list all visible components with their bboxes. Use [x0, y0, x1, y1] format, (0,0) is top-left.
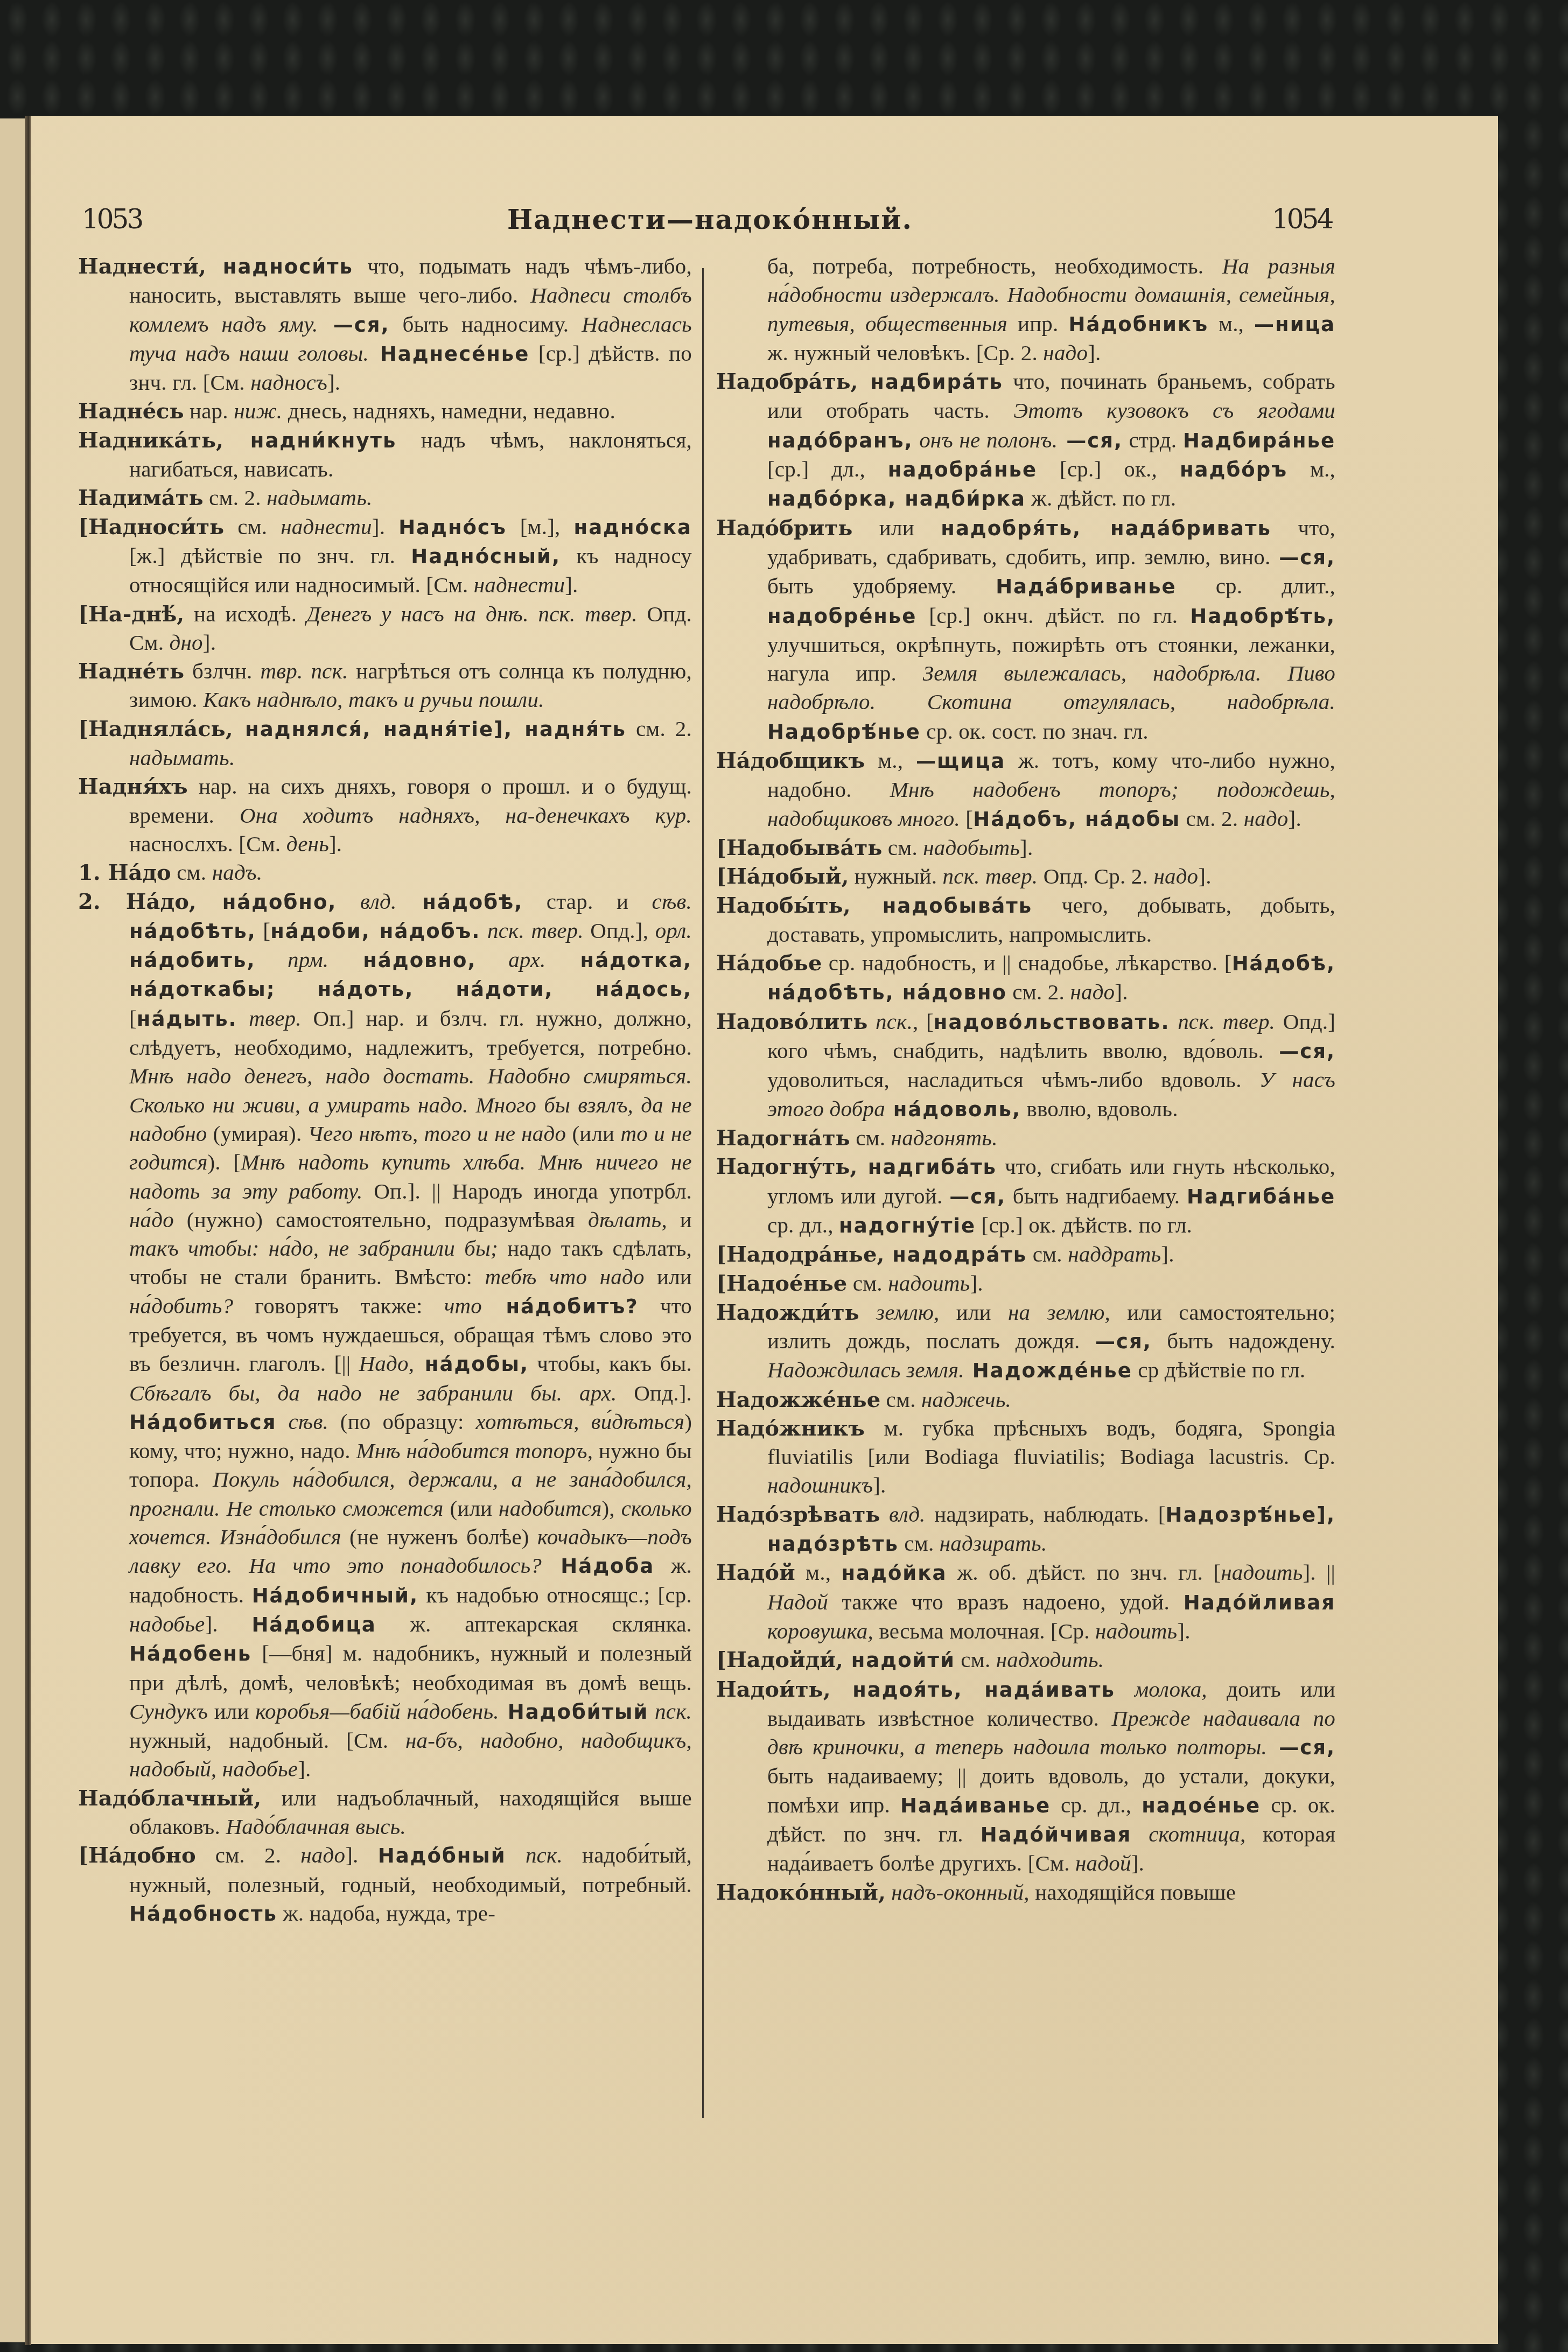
italic-text: надо [1043, 340, 1088, 365]
dictionary-entry-nadoblachny: Надо́блачный, или надъоблачный, находящі… [78, 1784, 692, 1842]
entry-text: на исходѣ. [184, 601, 306, 626]
entry-text: ]. [372, 514, 398, 539]
entry-text [880, 1502, 889, 1527]
derived-form: надни́кнуть [223, 429, 396, 452]
dictionary-entry-nadobye: На́добье ср. надобность, и || снадобье, … [716, 949, 1335, 1007]
italic-text: надобье [129, 1612, 205, 1636]
derived-form: на́добы, [414, 1353, 529, 1376]
headword: 2. На́до, [78, 889, 197, 914]
italic-text: надзирать. [940, 1531, 1047, 1556]
derived-form: —ся, [1279, 546, 1335, 569]
entry-text [337, 889, 360, 914]
entry-text: нар. [184, 398, 234, 423]
italic-text: надой [1075, 1851, 1131, 1875]
derived-form: Надо́бный [378, 1844, 506, 1867]
dictionary-entry-nadobshchik: На́добщикъ м., —щица ж. тотъ, кому что-л… [716, 746, 1335, 834]
derived-form: надно́ска [574, 516, 692, 539]
italic-text: кур. [655, 803, 692, 828]
derived-form: надобре́нье [767, 605, 916, 628]
entry-text: см. [1027, 1242, 1068, 1266]
italic-text: надо [1153, 864, 1198, 888]
italic-text: надошникъ [767, 1473, 873, 1497]
derived-form: надо́бранъ, [767, 429, 913, 452]
derived-form: На́добъ, на́добы [973, 808, 1180, 831]
entry-text: ]. [1020, 835, 1033, 860]
italic-text: пск. твер. [538, 601, 637, 626]
italic-text: день [286, 831, 329, 856]
entry-text: ]. [329, 831, 342, 856]
entry-text [1115, 1677, 1135, 1702]
derived-form: надбо́ръ [1180, 458, 1287, 481]
derived-form: на́добѣ, [396, 891, 523, 914]
book-edge [25, 116, 31, 2345]
italic-text: надоить [888, 1271, 970, 1296]
derived-form: На́добникъ [1068, 313, 1208, 336]
entry-text: ). [ [207, 1150, 241, 1174]
derived-form: —ся, [1095, 1330, 1152, 1353]
dictionary-entry-nadoit: Надои́ть, надоя́ть, нада́ивать молока, д… [716, 1675, 1335, 1878]
derived-form: надогну́тіе [839, 1214, 976, 1237]
entry-text [913, 428, 920, 452]
italic-text: что [444, 1293, 482, 1318]
entry-text [277, 1409, 289, 1434]
derived-form: на́добѣть, [129, 920, 256, 943]
italic-text: надносъ [250, 370, 327, 395]
derived-form: надойти́ [843, 1649, 955, 1672]
entry-text: см. [955, 1647, 996, 1672]
entry-text: (нужно) самостоятельно, подразумѣвая [174, 1207, 588, 1232]
derived-form: надо́йка [842, 1562, 947, 1585]
entry-text: Опд.]. [617, 1381, 692, 1405]
entry-text: м., [795, 1560, 842, 1585]
derived-form: Надо́йчивая [981, 1823, 1132, 1846]
entry-text: или [645, 1264, 692, 1289]
italic-text: надъ. [212, 860, 263, 885]
entry-text: ср. дл., [1051, 1793, 1142, 1817]
derived-form: надноси́ть [206, 255, 353, 278]
derived-form: Надобрѣ́ть, [1190, 605, 1335, 628]
entry-text: ж. об. дѣйст. по знч. гл. [ [947, 1560, 1221, 1585]
italic-text: наджечь. [921, 1387, 1011, 1412]
italic-text: пск. твер. [1178, 1009, 1275, 1034]
dictionary-entry-nadnikat: Надника́ть, надни́кнуть надъ чѣмъ, накло… [78, 426, 692, 484]
entry-text: см. 2. [626, 716, 692, 741]
italic-text: Сундукъ [129, 1699, 208, 1724]
entry-text: см. 2. [196, 1843, 301, 1867]
italic-text: надоить [1095, 1619, 1177, 1643]
dictionary-entry-nadokonny: Надоко́нный, надъ-оконный, находящійся п… [716, 1878, 1335, 1907]
entry-text: весьма молочная. [Ср. [873, 1619, 1095, 1643]
derived-form: На́добность [129, 1902, 277, 1926]
dictionary-entry-nadne: [На-днѣ́, на исходѣ. Денегъ у насъ на дн… [78, 600, 692, 657]
headword: На́добье [716, 950, 822, 976]
headword: Надои́ть, [716, 1677, 831, 1702]
entry-text: см. [882, 835, 923, 860]
derived-form: Надоби́тый [499, 1700, 649, 1724]
italic-text: орл. [655, 918, 692, 943]
italic-text: Надождилась земля. [767, 1357, 964, 1382]
entry-text: быть надождену. [1152, 1328, 1335, 1353]
headword: Надогну́ть, [716, 1154, 857, 1179]
entry-text: [ [960, 806, 973, 831]
derived-form: Нада́бриванье [996, 575, 1176, 598]
entry-text: нужный, надобный. [См. [129, 1728, 405, 1753]
entry-text: ж. дѣйст. по гл. [1026, 486, 1176, 510]
entry-text: наснослхъ. [См. [129, 831, 286, 856]
entry-text: ]. [203, 630, 216, 655]
headword: Наднести́, [78, 254, 206, 279]
derived-form: Надно́сный, [411, 545, 561, 568]
headword: Надне́ть [78, 659, 184, 684]
headword: 1. На́до [78, 860, 171, 885]
entry-text: м., [1287, 457, 1335, 481]
entry-text: (по образцу: [328, 1409, 476, 1434]
entry-text: (умирая). [207, 1121, 307, 1146]
entry-text: Оп.]. || Народъ иногда употрбл. [362, 1179, 692, 1203]
italic-text: надгонять. [891, 1125, 998, 1150]
italic-text: надоить [1221, 1560, 1303, 1585]
derived-form: Надно́съ [398, 516, 507, 539]
dictionary-entry-nadozhnik: Надо́жникъ м. губка прѣсныхъ водъ, бодяг… [716, 1414, 1335, 1500]
entry-text: къ надобью относящс.; [ср. [418, 1583, 692, 1607]
italic-text: сѣв. [652, 889, 692, 914]
derived-form: надо́зрѣть [767, 1532, 899, 1556]
italic-text: землю, [876, 1300, 940, 1325]
derived-form: На́добица [251, 1613, 376, 1636]
entry-text: нужный. [849, 864, 942, 888]
italic-text: надобится [499, 1496, 601, 1521]
entry-text [477, 947, 509, 972]
derived-form: на́доволь, [885, 1098, 1021, 1121]
derived-form: —щица [916, 750, 1005, 773]
entry-text [886, 1880, 891, 1905]
entry-text: ]. [873, 1473, 886, 1497]
entry-text [1131, 1822, 1149, 1846]
italic-text: Денегъ у насъ на днѣ. [306, 601, 529, 626]
italic-text: надо [1244, 806, 1289, 831]
entry-text: надзирать, наблюдать. [ [926, 1502, 1166, 1527]
right-column: ба, потреба, потребность, необходимость.… [716, 252, 1335, 1907]
dictionary-entry-nadnyah: Надня́хъ нар. на сихъ дняхъ, говоря о пр… [78, 772, 692, 858]
italic-text: надобыть [923, 835, 1020, 860]
derived-form: надое́нье [1142, 1794, 1261, 1817]
derived-form: на́добитъ? [482, 1295, 639, 1318]
headword: [На́добый, [716, 864, 849, 889]
dictionary-entry-nadozrevat: Надо́зрѣвать влд. надзирать, наблюдать. … [716, 1500, 1335, 1559]
derived-form: на́дыть. [137, 1007, 237, 1031]
dictionary-entry-nadognut: Надогну́ть, надгиба́ть что, сгибать или … [716, 1152, 1335, 1240]
italic-text: Надой [767, 1590, 828, 1614]
italic-text: Этотъ кузовокъ съ ягодами [1013, 398, 1335, 423]
derived-form: На́добень [129, 1642, 251, 1665]
italic-text: на́до [129, 1207, 174, 1232]
entry-text [562, 1381, 579, 1405]
italic-text: надо [1070, 979, 1115, 1004]
entry-text [649, 1699, 655, 1724]
headword: Надожже́нье [716, 1387, 880, 1412]
italic-text: наддрать [1068, 1242, 1161, 1266]
headword: [На́добно [78, 1843, 196, 1868]
dictionary-entry-nadobnost_cont: ба, потреба, потребность, необходимость.… [716, 252, 1335, 367]
entry-text: ипр. [1007, 311, 1069, 336]
italic-text: пск. [655, 1699, 692, 1724]
entry-text: см. 2. [1180, 806, 1244, 831]
entry-text [867, 1009, 876, 1034]
headword: Надима́ть [78, 485, 204, 510]
entry-text: [ср.] ок., [1037, 457, 1180, 481]
entry-text: стар. и [523, 889, 652, 914]
derived-form: —ся, [1279, 1040, 1335, 1063]
entry-text: также что вразъ надоено, удой. [828, 1590, 1184, 1614]
entry-text: ср. ок. сост. по знач. гл. [921, 719, 1149, 744]
entry-text: или [940, 1300, 1008, 1325]
dictionary-entry-nadnosit: [Надноси́ть см. наднести]. Надно́съ [м.]… [78, 513, 692, 600]
dictionary-entry-nadnimat: Надима́ть см. 2. надымать. [78, 484, 692, 512]
entry-text: ]. [970, 1271, 983, 1296]
entry-text: ср. дл., [767, 1213, 839, 1237]
entry-text [529, 601, 538, 626]
derived-form: надобря́ть, нада́бривать [941, 517, 1271, 540]
derived-form: на́добить, [129, 949, 256, 972]
entry-text: ]. [1161, 1242, 1174, 1266]
headword: Надогна́ть [716, 1125, 850, 1151]
italic-text: на́добить? [129, 1293, 233, 1318]
derived-form: Надгиба́нье [1187, 1185, 1335, 1208]
dictionary-entry-nadobrat: Надобра́ть, надбира́ть что, починать бра… [716, 367, 1335, 513]
entry-text: [ [129, 1006, 137, 1031]
entry-text: удоволиться, насладиться чѣмъ-либо вдово… [767, 1067, 1259, 1092]
italic-text: твр. пск. [260, 659, 348, 683]
entry-text: см. [847, 1271, 888, 1296]
entry-text: находящійся повыше [1030, 1880, 1236, 1905]
entry-text: [м.], [507, 514, 574, 539]
entry-text: (не нуженъ болѣе) [341, 1524, 537, 1549]
dictionary-entry-nadoby: [На́добый, нужный. пск. твер. Опд. Ср. 2… [716, 862, 1335, 891]
derived-form: надобыва́ть [851, 894, 1032, 918]
entry-text [480, 918, 487, 943]
entry-text: стрд. [1123, 428, 1183, 452]
entry-text: Опд. Ср. 2. [1038, 864, 1153, 888]
derived-form: —ся, [949, 1185, 1006, 1208]
italic-text: надымать. [267, 485, 372, 510]
italic-text: Какъ наднѣло, такъ и ручьи пошли. [203, 687, 544, 712]
entry-text [237, 1006, 249, 1031]
entry-text: ср. длит., [1177, 573, 1335, 598]
entry-text: [ср.] ок. дѣйств. по гл. [976, 1213, 1192, 1237]
derived-form: надово́льствовать. [934, 1011, 1170, 1034]
entry-text: быть удобряему. [767, 573, 996, 598]
italic-text: хотѣться, ви́дѣться [476, 1409, 685, 1434]
dictionary-entry-nadobyt: Надобы́ть, надобыва́ть чего, добывать, д… [716, 891, 1335, 949]
dictionary-entry-nadnyalas: [Надняла́сь, наднялся́, надня́тіе], надн… [78, 715, 692, 773]
derived-form: на́добно, [197, 891, 337, 914]
entry-text: ж. нужный человѣкъ. [Ср. 2. [767, 340, 1043, 365]
entry-text [630, 803, 655, 828]
entry-text: Опд.], [584, 918, 655, 943]
derived-form: —ница [1254, 313, 1335, 336]
italic-text: скотница, [1149, 1822, 1245, 1846]
italic-text: Надо, [359, 1351, 415, 1376]
italic-text: арх. [508, 947, 545, 972]
dictionary-entry-nadobyvat: [Надобыва́ть см. надобыть]. [716, 834, 1335, 862]
dictionary-entry-nadovolit: Надово́лить пск., [надово́льствовать. пс… [716, 1007, 1335, 1124]
derived-form: На́добиться [129, 1411, 277, 1434]
headword: [Надобыва́ть [716, 835, 882, 860]
headword: Надобы́ть, [716, 893, 851, 918]
dictionary-entry-nadnesti: Наднести́, надноси́ть что, подымать надъ… [78, 252, 692, 397]
dictionary-entry-nado2: 2. На́до, на́добно, влд. на́добѣ, стар. … [78, 887, 692, 1784]
headword: Надожди́ть [716, 1300, 859, 1325]
entry-text: ср. надобность, и || снадобье, лѣкарство… [822, 950, 1231, 975]
headword: Надоко́нный, [716, 1880, 886, 1905]
left-column: Наднести́, надноси́ть что, подымать надъ… [78, 252, 692, 1928]
headword: [Надноси́ть [78, 514, 224, 540]
derived-form: надобра́нье [888, 458, 1037, 481]
running-title: Наднести—надоко́нный. [507, 204, 913, 235]
italic-text: прм. [288, 947, 328, 972]
entry-text: (или [444, 1496, 499, 1521]
italic-text: ниж. [234, 398, 282, 423]
derived-form: надгиба́ть [857, 1156, 997, 1179]
entry-text: ]. || [1303, 1560, 1336, 1585]
italic-text: онъ не полонъ. [919, 428, 1058, 452]
entry-text: или [852, 515, 941, 540]
italic-text: сѣв. [288, 1409, 328, 1434]
entry-text: см. [899, 1531, 940, 1556]
italic-text: надо [300, 1843, 345, 1867]
entry-text: бзлчн. [184, 659, 260, 683]
entry-text: см. [850, 1125, 891, 1150]
entry-text: см. 2. [1007, 979, 1070, 1004]
derived-form: —ся, [318, 313, 389, 337]
entry-text: ), [601, 1496, 621, 1521]
entry-text: см. [224, 514, 281, 539]
derived-form: На́доба [542, 1555, 654, 1578]
italic-text: молока, [1135, 1677, 1207, 1702]
entry-text: ]. [1177, 1619, 1190, 1643]
entry-text: чтобы, какъ бы. [529, 1351, 692, 1376]
italic-text: дѣлать [588, 1207, 661, 1232]
headword: Надо́й [716, 1560, 795, 1585]
derived-form: Надозрѣ́нье], [1166, 1503, 1335, 1527]
entry-text: м., [1208, 311, 1254, 336]
headword: Надника́ть, [78, 428, 223, 453]
headword: Надо́зрѣвать [716, 1502, 880, 1527]
headword: Надо́блачный, [78, 1786, 261, 1811]
entry-text: [ср.] дл., [767, 457, 888, 481]
entry-text: говорятъ также: [233, 1293, 444, 1318]
entry-text [859, 1300, 876, 1325]
italic-text: Мнѣ на́добится топоръ, [356, 1438, 593, 1463]
derived-form: Надобрѣ́нье [767, 720, 921, 744]
italic-text: арх. [579, 1381, 617, 1405]
entry-text: ]. [205, 1612, 251, 1636]
derived-form: Надо́йливая [1184, 1591, 1335, 1614]
underlying-page-strip [0, 118, 27, 2342]
derived-form: надбира́ть [858, 370, 1003, 394]
headword: Надобра́ть, [716, 369, 858, 394]
italic-text: наднести [281, 514, 372, 539]
italic-text: пск. твер. [487, 918, 584, 943]
page-number-left: 1053 [82, 204, 142, 235]
entry-text: ж. аптекарская склянка. [376, 1612, 692, 1636]
entry-text: ]. [298, 1756, 311, 1781]
dictionary-entry-nadnet: Надне́ть бзлчн. твр. пск. нагрѣться отъ … [78, 657, 692, 715]
entry-text: ]. [327, 370, 340, 395]
entry-text: см. 2. [204, 485, 267, 510]
derived-form: на́довно, [328, 949, 476, 972]
derived-form: —ся, [1267, 1736, 1335, 1759]
derived-form: надня́ть [513, 718, 626, 741]
derived-form: наднялся́, надня́тіе], [233, 718, 513, 741]
headword: [Надняла́сь, [78, 716, 233, 741]
headword: [Надое́нье [716, 1271, 847, 1296]
italic-text: влд. [889, 1502, 925, 1527]
italic-text: пск. [526, 1843, 563, 1867]
column-divider [702, 268, 704, 2118]
italic-text: надымать. [129, 745, 235, 770]
dictionary-entry-nado1: 1. На́до см. надъ. [78, 858, 692, 887]
dictionary-entry-nadodrane: [Надодра́нье, надодра́ть см. наддрать]. [716, 1240, 1335, 1269]
entry-text: ]. [1198, 864, 1211, 888]
italic-text: наднести [474, 572, 565, 597]
entry-text: см. [171, 860, 212, 885]
entry-text: ]. [1088, 340, 1101, 365]
derived-form: —ся, [1058, 429, 1123, 452]
headword: [На-днѣ́, [78, 601, 184, 627]
headword: Надня́хъ [78, 774, 188, 799]
entry-text: или [208, 1699, 255, 1724]
entry-text: днесь, надняхъ, намедни, недавно. [282, 398, 615, 423]
headword: Надо́жникъ [716, 1416, 865, 1441]
dictionary-entry-nadoy: Надо́й м., надо́йка ж. об. дѣйст. по знч… [716, 1558, 1335, 1646]
headword: Надово́лить [716, 1009, 867, 1034]
italic-text: коровушка, [767, 1619, 873, 1643]
italic-text: надъ-оконный, [891, 1880, 1029, 1905]
derived-form: надоя́ть, нада́ивать [831, 1678, 1115, 1702]
dictionary-entry-nadozhdit: Надожди́ть землю, или на землю, или само… [716, 1298, 1335, 1385]
entry-text: быть надносиму. [390, 312, 582, 337]
dictionary-entry-nadobno: [На́добно см. 2. надо]. Надо́бный пск. н… [78, 1841, 692, 1928]
entry-text: ср дѣйствіе по гл. [1132, 1357, 1306, 1382]
italic-text: дно [170, 630, 203, 655]
entry-text: [ср.] окнч. дѣйст. по гл. [916, 603, 1190, 628]
italic-text: такъ чтобы: на́до, не забранили бы; [129, 1236, 498, 1261]
headword: Надне́сь [78, 398, 184, 424]
entry-text [506, 1843, 526, 1867]
entry-text: вволю, вдоволь. [1021, 1096, 1178, 1121]
headword: [Надодра́нье, [716, 1242, 884, 1267]
entry-text [1170, 1009, 1178, 1034]
derived-form: на́доби, на́добъ. [270, 920, 480, 943]
derived-form: На́добичный, [252, 1584, 418, 1607]
entry-text: ]. [565, 572, 578, 597]
entry-text: ]. [1115, 979, 1128, 1004]
entry-text: ]. [345, 1843, 377, 1867]
italic-text: Надо́блачная высь. [226, 1814, 406, 1839]
italic-text: надходить. [996, 1647, 1104, 1672]
entry-text: см. [880, 1387, 921, 1412]
dictionary-entry-nadobrit: Надо́брить или надобря́ть, нада́бривать … [716, 514, 1335, 746]
dictionary-entry-nadozhzhene: Надожже́нье см. наджечь. [716, 1385, 1335, 1414]
italic-text: пск., [876, 1009, 918, 1034]
entry-text: ]. [1289, 806, 1301, 831]
entry-text: , и [661, 1207, 692, 1232]
derived-form: надбо́рка, надби́рка [767, 487, 1026, 510]
headword: На́добщикъ [716, 748, 865, 773]
dictionary-entry-nadoydi: [Надойди́, надойти́ см. надходить. [716, 1646, 1335, 1675]
italic-text: коробья—бабій на́добень. [255, 1699, 499, 1724]
